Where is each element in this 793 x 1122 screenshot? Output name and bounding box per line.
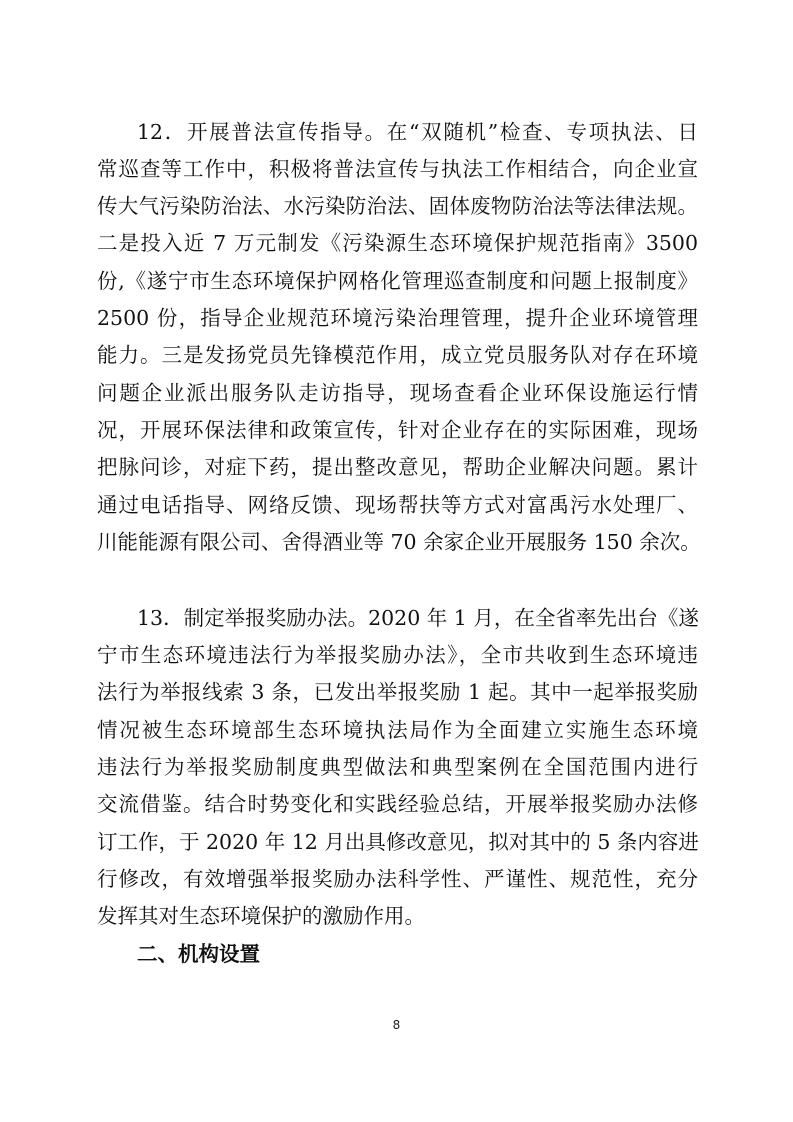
text-line: 行修改，有效增强举报奖励办法科学性、严谨性、规范性，充分 — [97, 865, 698, 893]
text-line: 2500 份，指导企业规范环境污染治理管理，提升企业环境管理 — [97, 304, 698, 332]
text-line: 二是投入近 7 万元制发《污染源生态环境保护规范指南》3500 — [97, 229, 698, 257]
text-line: 法行为举报线索 3 条，已发出举报奖励 1 起。其中一起举报奖励 — [97, 678, 698, 706]
text-line: 发挥其对生态环境保护的激励作用。 — [97, 902, 698, 930]
text-line: 订工作，于 2020 年 12 月出具修改意见，拟对其中的 5 条内容进 — [97, 828, 698, 856]
page-number: 8 — [0, 1018, 793, 1032]
document-page: 12．开展普法宣传指导。在“双随机”检查、专项执法、日 常巡查等工作中，积极将普… — [0, 0, 793, 1122]
text-line: 13．制定举报奖励办法。2020 年 1 月，在全省率先出台《遂 — [137, 604, 698, 632]
text-line: 份,《遂宁市生态环境保护网格化管理巡查制度和问题上报制度》 — [97, 267, 698, 295]
text-line: 川能能源有限公司、舍得酒业等 70 余家企业开展服务 150 余次。 — [97, 528, 698, 556]
text-line: 情况被生态环境部生态环境执法局作为全面建立实施生态环境 — [97, 716, 698, 744]
text-line: 问题企业派出服务队走访指导，现场查看企业环保设施运行情 — [97, 379, 698, 407]
text-line: 传大气污染防治法、水污染防治法、固体废物防治法等法律法规。 — [97, 192, 698, 220]
text-line: 12．开展普法宣传指导。在“双随机”检查、专项执法、日 — [137, 118, 698, 146]
text-line: 通过电话指导、网络反馈、现场帮扶等方式对富禹污水处理厂、 — [97, 491, 698, 519]
text-line: 宁市生态环境违法行为举报奖励办法》，全市共收到生态环境违 — [97, 641, 698, 669]
text-line: 交流借鉴。结合时势变化和实践经验总结，开展举报奖励办法修 — [97, 790, 698, 818]
text-line: 把脉问诊，对症下药，提出整改意见，帮助企业解决问题。累计 — [97, 453, 698, 481]
text-line: 况，开展环保法律和政策宣传，针对企业存在的实际困难，现场 — [97, 416, 698, 444]
text-line: 违法行为举报奖励制度典型做法和典型案例在全国范围内进行 — [97, 753, 698, 781]
text-line: 常巡查等工作中，积极将普法宣传与执法工作相结合，向企业宣 — [97, 155, 698, 183]
text-line: 能力。三是发扬党员先锋模范作用，成立党员服务队对存在环境 — [97, 341, 698, 369]
section-heading: 二、机构设置 — [137, 940, 260, 968]
